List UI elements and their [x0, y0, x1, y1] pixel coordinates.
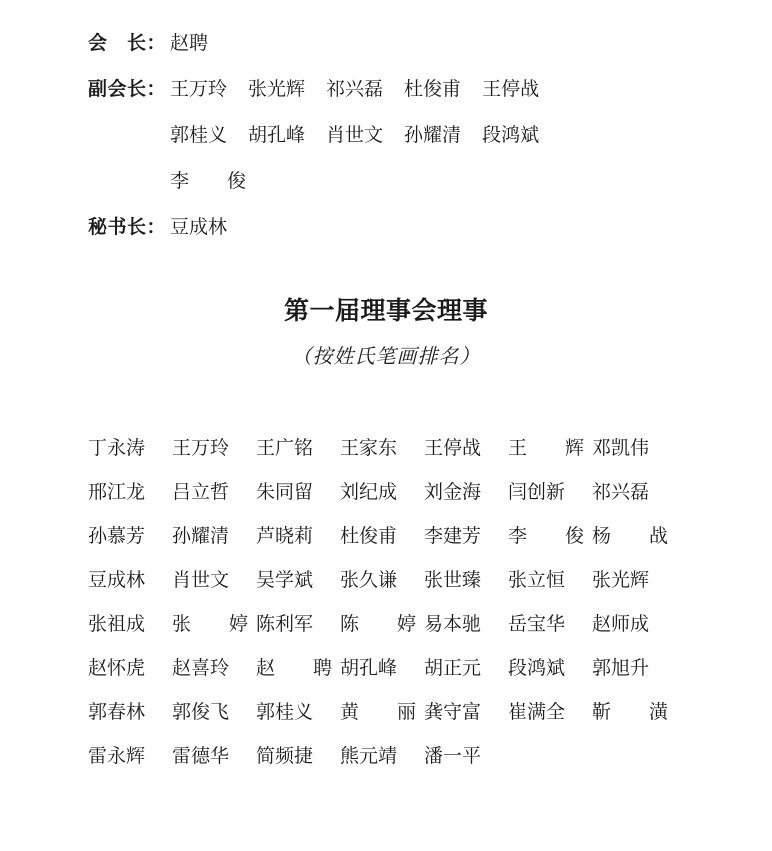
person-name: 王停战 — [482, 79, 539, 101]
member-name: 赵怀虎 — [88, 658, 172, 680]
officer-line-president: 会 长： 赵聘 — [88, 33, 539, 55]
member-name: 熊元靖 — [340, 746, 424, 768]
member-name: 杨 战 — [592, 526, 676, 548]
member-name: 邓凯伟 — [592, 438, 676, 460]
person-name: 祁兴磊 — [326, 79, 383, 101]
member-name: 简频捷 — [256, 746, 340, 768]
officer-line-secretary-general: 秘书长： 豆成林 — [88, 217, 539, 239]
member-name: 郭旭升 — [592, 658, 676, 680]
council-title: 第一届理事会理事 — [0, 296, 772, 328]
person-name: 肖世文 — [326, 125, 383, 147]
officer-role-label: 秘书长： — [88, 217, 170, 239]
member-name: 王万玲 — [172, 438, 256, 460]
member-name: 龚守富 — [424, 702, 508, 724]
member-name: 赵师成 — [592, 614, 676, 636]
member-name: 郭桂义 — [256, 702, 340, 724]
member-name: 丁永涛 — [88, 438, 172, 460]
officer-names: 赵聘 — [170, 33, 208, 55]
member-name: 胡孔峰 — [340, 658, 424, 680]
member-name: 王 辉 — [508, 438, 592, 460]
member-name: 潘一平 — [424, 746, 508, 768]
person-name: 郭桂义 — [170, 125, 227, 147]
person-name: 杜俊甫 — [404, 79, 461, 101]
member-name: 豆成林 — [88, 570, 172, 592]
member-name: 吕立哲 — [172, 482, 256, 504]
member-name: 易本驰 — [424, 614, 508, 636]
member-name: 李建芳 — [424, 526, 508, 548]
officer-names: 王万玲张光辉祁兴磊杜俊甫王停战 — [170, 79, 539, 101]
member-row: 赵怀虎赵喜玲赵 聘胡孔峰胡正元段鸿斌郭旭升 — [88, 658, 676, 680]
member-name: 陈利军 — [256, 614, 340, 636]
member-name: 芦晓莉 — [256, 526, 340, 548]
officer-role-label: 会 长： — [88, 33, 170, 55]
member-name: 孙耀清 — [172, 526, 256, 548]
member-name: 赵喜玲 — [172, 658, 256, 680]
officer-line-vice-presidents-3: 李 俊 — [88, 171, 539, 193]
member-name: 郭俊飞 — [172, 702, 256, 724]
member-name: 刘金海 — [424, 482, 508, 504]
document-page: 会 长： 赵聘 副会长： 王万玲张光辉祁兴磊杜俊甫王停战 郭桂义胡孔峰肖世文孙耀… — [0, 0, 772, 851]
member-name: 张光辉 — [592, 570, 676, 592]
member-row: 郭春林郭俊飞郭桂义黄 丽龚守富崔满全靳 潢 — [88, 702, 676, 724]
council-subtitle: （按姓氏笔画排名） — [0, 344, 772, 370]
person-name: 孙耀清 — [404, 125, 461, 147]
person-name: 豆成林 — [170, 217, 227, 239]
member-name: 雷德华 — [172, 746, 256, 768]
member-name: 肖世文 — [172, 570, 256, 592]
member-name: 闫创新 — [508, 482, 592, 504]
officer-names: 豆成林 — [170, 217, 227, 239]
member-name: 朱同留 — [256, 482, 340, 504]
member-name: 刘纪成 — [340, 482, 424, 504]
officer-names: 郭桂义胡孔峰肖世文孙耀清段鸿斌 — [170, 125, 539, 147]
person-name: 张光辉 — [248, 79, 305, 101]
officer-names: 李 俊 — [170, 171, 246, 193]
member-name: 段鸿斌 — [508, 658, 592, 680]
member-row: 丁永涛王万玲王广铭王家东王停战王 辉邓凯伟 — [88, 438, 676, 460]
officers-section: 会 长： 赵聘 副会长： 王万玲张光辉祁兴磊杜俊甫王停战 郭桂义胡孔峰肖世文孙耀… — [88, 33, 539, 263]
member-name: 张世臻 — [424, 570, 508, 592]
member-name: 雷永辉 — [88, 746, 172, 768]
member-name: 王停战 — [424, 438, 508, 460]
member-row: 孙慕芳孙耀清芦晓莉杜俊甫李建芳李 俊杨 战 — [88, 526, 676, 548]
member-name: 张立恒 — [508, 570, 592, 592]
member-name: 胡正元 — [424, 658, 508, 680]
member-name: 王家东 — [340, 438, 424, 460]
officer-line-vice-presidents-2: 郭桂义胡孔峰肖世文孙耀清段鸿斌 — [88, 125, 539, 147]
person-name: 李 俊 — [170, 171, 246, 193]
person-name: 段鸿斌 — [482, 125, 539, 147]
member-name: 邢江龙 — [88, 482, 172, 504]
member-name: 靳 潢 — [592, 702, 676, 724]
person-name: 胡孔峰 — [248, 125, 305, 147]
member-name: 赵 聘 — [256, 658, 340, 680]
member-row: 豆成林肖世文吴学斌张久谦张世臻张立恒张光辉 — [88, 570, 676, 592]
council-member-grid: 丁永涛王万玲王广铭王家东王停战王 辉邓凯伟邢江龙吕立哲朱同留刘纪成刘金海闫创新祁… — [88, 438, 676, 790]
member-name: 杜俊甫 — [340, 526, 424, 548]
officer-role-label: 副会长： — [88, 79, 170, 101]
member-name: 孙慕芳 — [88, 526, 172, 548]
member-row: 张祖成张 婷陈利军陈 婷易本驰岳宝华赵师成 — [88, 614, 676, 636]
member-name: 王广铭 — [256, 438, 340, 460]
officer-line-vice-presidents-1: 副会长： 王万玲张光辉祁兴磊杜俊甫王停战 — [88, 79, 539, 101]
member-row: 邢江龙吕立哲朱同留刘纪成刘金海闫创新祁兴磊 — [88, 482, 676, 504]
member-name: 郭春林 — [88, 702, 172, 724]
member-name: 祁兴磊 — [592, 482, 676, 504]
member-name: 崔满全 — [508, 702, 592, 724]
member-name: 张祖成 — [88, 614, 172, 636]
member-name: 张 婷 — [172, 614, 256, 636]
member-name: 吴学斌 — [256, 570, 340, 592]
member-name: 黄 丽 — [340, 702, 424, 724]
member-name: 陈 婷 — [340, 614, 424, 636]
member-name: 李 俊 — [508, 526, 592, 548]
person-name: 赵聘 — [170, 33, 208, 55]
member-row: 雷永辉雷德华简频捷熊元靖潘一平 — [88, 746, 676, 768]
member-name: 张久谦 — [340, 570, 424, 592]
person-name: 王万玲 — [170, 79, 227, 101]
member-name: 岳宝华 — [508, 614, 592, 636]
